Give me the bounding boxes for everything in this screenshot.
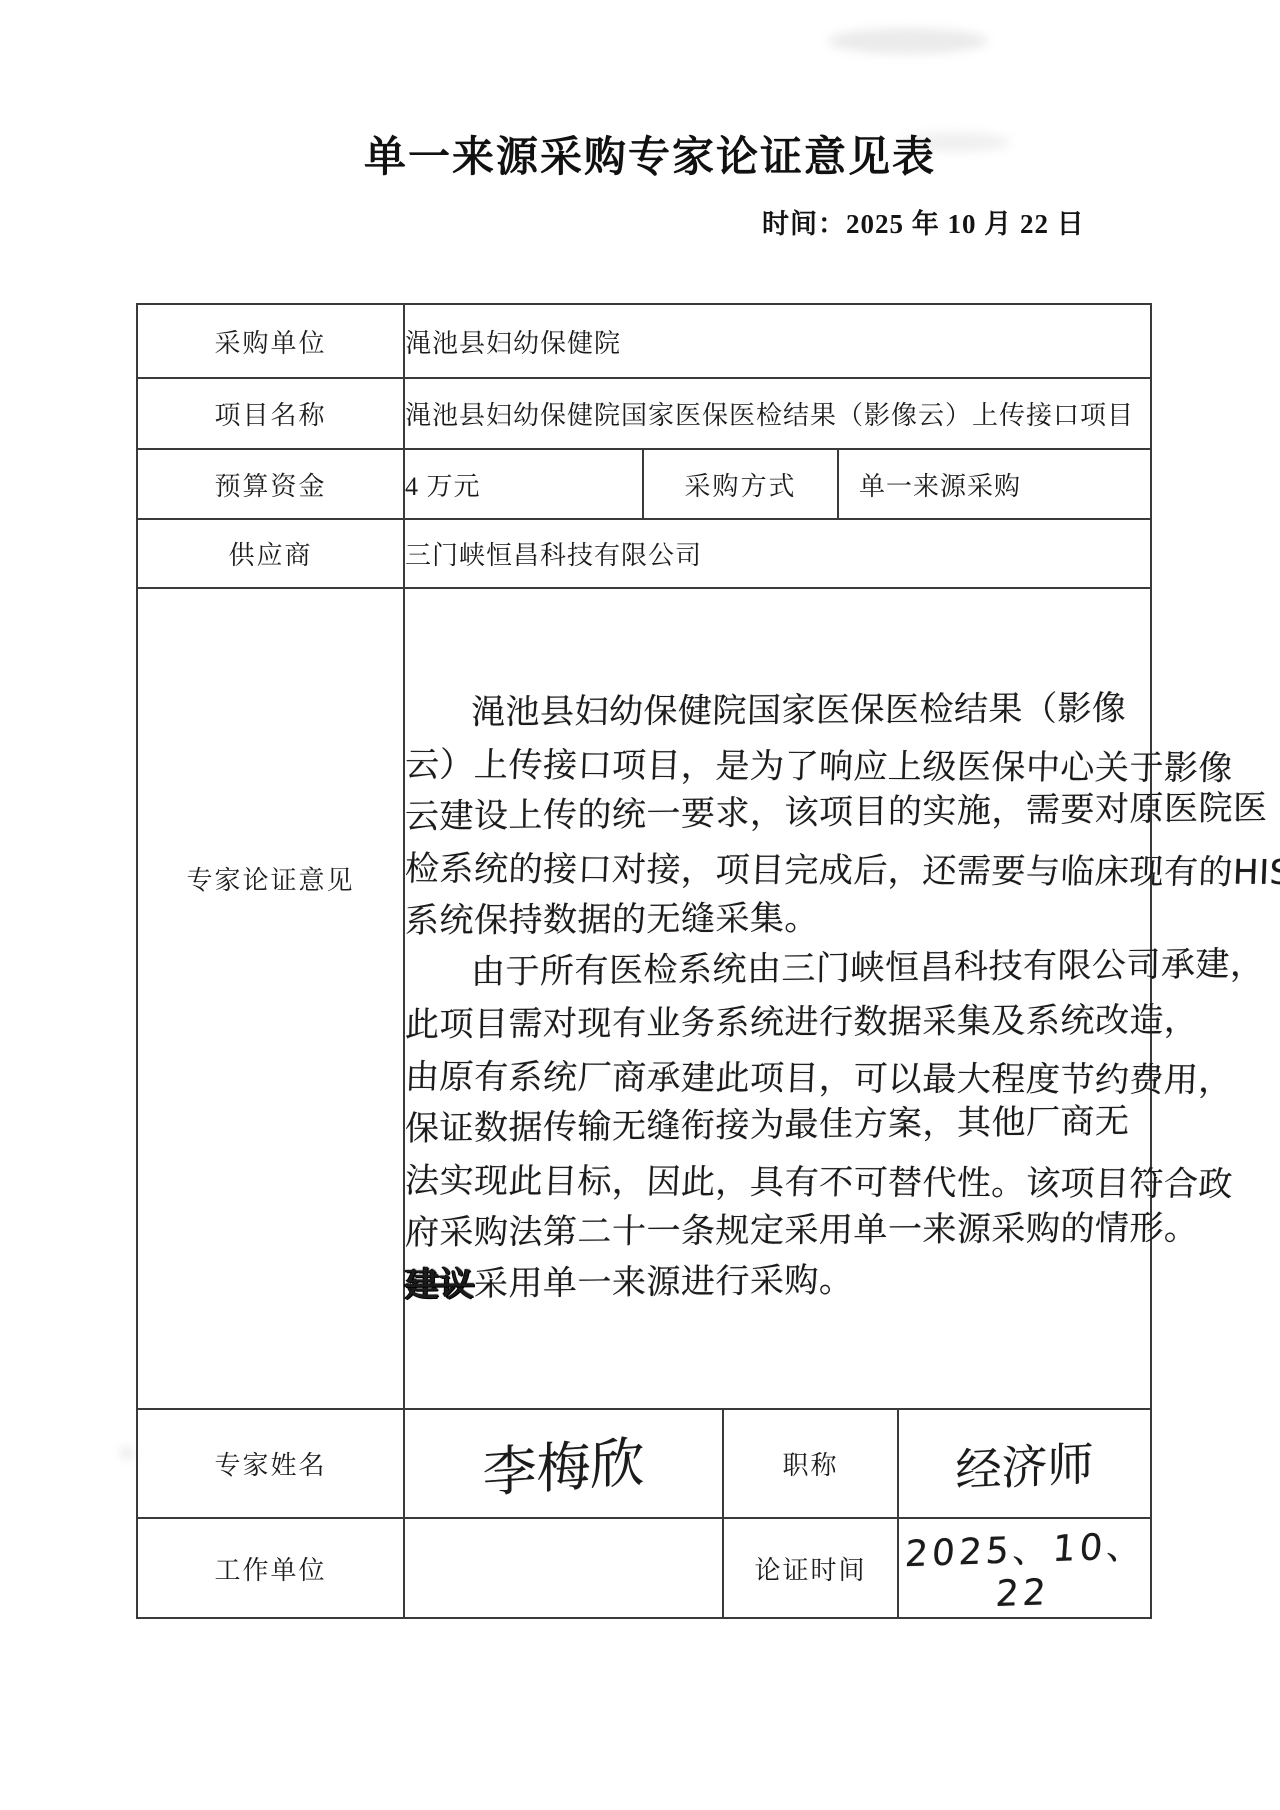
- demonstration-time-value-cell: 2025、10、22: [898, 1518, 1151, 1618]
- supplier-label: 供应商: [137, 519, 404, 588]
- work-unit-label: 工作单位: [137, 1518, 404, 1618]
- handwriting-line: 系统保持数据的无缝采集。: [404, 890, 1150, 947]
- date-line: 时间：2025 年 10 月 22 日: [762, 202, 1085, 241]
- demonstration-time-handwritten: 2025、10、22: [896, 1517, 1153, 1618]
- row-supplier: 供应商 三门峡恒昌科技有限公司: [137, 519, 1151, 588]
- row-purchasing-unit: 采购单位 渑池县妇幼保健院: [137, 304, 1151, 378]
- job-title-label: 职称: [723, 1409, 898, 1518]
- row-project-name: 项目名称 渑池县妇幼保健院国家医保医检结果（影像云）上传接口项目: [137, 378, 1151, 449]
- work-unit-value-cell: [404, 1518, 723, 1618]
- procurement-method-value: 单一来源采购: [838, 449, 1151, 519]
- expert-opinion-label-text: 专家论证意见: [186, 860, 354, 897]
- scan-smudge: [828, 28, 988, 54]
- budget-value: 4 万元: [404, 449, 643, 519]
- overwritten-text: 建议: [405, 1264, 474, 1305]
- handwriting-line: 由于所有医检系统由三门峡恒昌科技有限公司承建，: [405, 939, 1150, 999]
- demonstration-time-label: 论证时间: [723, 1518, 898, 1618]
- expert-name-signature-cell: 李梅欣: [404, 1409, 723, 1518]
- purchasing-unit-value: 渑池县妇幼保健院: [404, 304, 1151, 378]
- handwriting-line: 建议采用单一来源进行采购。: [405, 1251, 1150, 1311]
- handwriting-line: 府采购法第二十一条规定采用单一来源采购的情形。: [404, 1202, 1150, 1259]
- handwriting-line: 云建设上传的统一要求，该项目的实施，需要对原医院医: [405, 783, 1150, 843]
- expert-opinion-text: 渑池县妇幼保健院国家医保医检结果（影像云）上传接口项目，是为了响应上级医保中心关…: [405, 687, 1150, 1311]
- procurement-method-label: 采购方式: [643, 449, 838, 519]
- row-expert-opinion: 专家论证意见 渑池县妇幼保健院国家医保医检结果（影像云）上传接口项目，是为了响应…: [137, 588, 1151, 1409]
- handwriting-line: 保证数据传输无缝衔接为最佳方案，其他厂商无: [405, 1095, 1150, 1155]
- expert-opinion-cell: 渑池县妇幼保健院国家医保医检结果（影像云）上传接口项目，是为了响应上级医保中心关…: [404, 588, 1151, 1409]
- row-expert-name-title: 专家姓名 李梅欣 职称 经济师: [137, 1409, 1151, 1518]
- job-title-handwritten: 经济师: [899, 1424, 1150, 1503]
- supplier-value: 三门峡恒昌科技有限公司: [404, 519, 1151, 588]
- expert-name-label: 专家姓名: [137, 1409, 404, 1518]
- expert-name-signature: 李梅欣: [405, 1414, 721, 1513]
- handwriting-line: 渑池县妇幼保健院国家医保医检结果（影像: [404, 682, 1150, 739]
- handwriting-line: 检系统的接口对接，项目完成后，还需要与临床现有的HIS: [404, 843, 1151, 898]
- scanned-form-page: { "page": { "title": "单一来源采购专家论证意见表", "d…: [0, 0, 1280, 1810]
- handwriting-line: 此项目需对现有业务系统进行数据采集及系统改造，: [404, 994, 1150, 1051]
- form-table: 采购单位 渑池县妇幼保健院 项目名称 渑池县妇幼保健院国家医保医检结果（影像云）…: [136, 303, 1152, 1619]
- budget-label: 预算资金: [137, 449, 404, 519]
- handwriting-line: 法实现此目标，因此，具有不可替代性。该项目符合政: [404, 1155, 1151, 1210]
- page-title: 单一来源采购专家论证意见表: [10, 124, 1280, 184]
- row-budget-method: 预算资金 4 万元 采购方式 单一来源采购: [137, 449, 1151, 519]
- job-title-value-cell: 经济师: [898, 1409, 1151, 1518]
- expert-opinion-label: 专家论证意见: [137, 588, 404, 1409]
- row-work-unit-time: 工作单位 论证时间 2025、10、22: [137, 1518, 1151, 1618]
- project-name-label: 项目名称: [137, 378, 404, 449]
- project-name-value: 渑池县妇幼保健院国家医保医检结果（影像云）上传接口项目: [404, 378, 1151, 449]
- purchasing-unit-label: 采购单位: [137, 304, 404, 378]
- scan-smudge: [120, 1448, 134, 1458]
